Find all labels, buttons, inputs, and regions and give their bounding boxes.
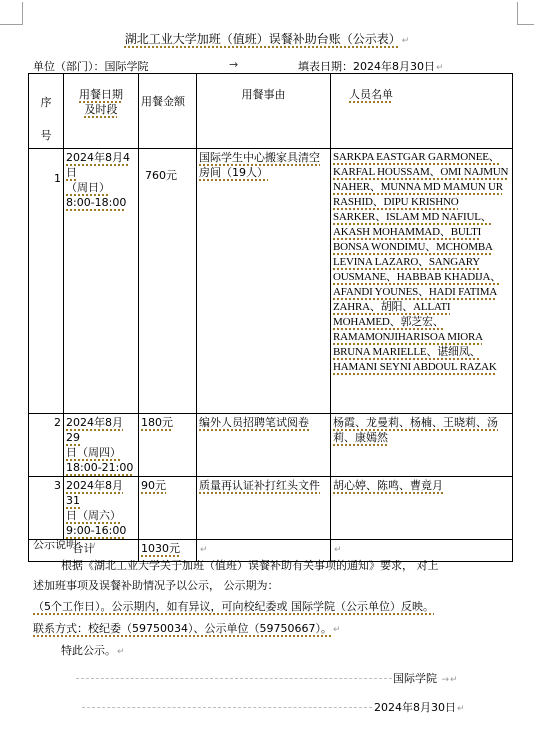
row-date-line2: （周日）	[66, 180, 136, 195]
row-reason: 质量再认证补打红头文件	[197, 477, 331, 540]
header-amount-text: 用餐金额	[141, 95, 185, 108]
paragraph-mark-icon: ↵	[117, 647, 125, 657]
notes-closing-text: 特此公示。	[61, 644, 116, 657]
header-amount: 用餐金额	[139, 74, 197, 149]
row-date-line2: 日（周四）	[66, 445, 136, 460]
notes-heading: 公示说明：↵	[33, 536, 483, 555]
table-row: 1 2024年8月4日 （周日） 8:00-18:00 760元 国际学生中心搬…	[29, 149, 513, 414]
row-people: SARKPA EASTGAR GARMONEE、KARFAL HOUSSAM、O…	[331, 149, 513, 414]
subsidy-table: 序 号 用餐日期 及时段 用餐金额 用餐事由 人员名单 1 2024年8月4日 …	[28, 73, 513, 562]
row-time: 18:00-21:00	[66, 460, 136, 475]
paragraph-mark-icon: ↵	[457, 704, 465, 714]
notes-paragraph-2: （5个工作日）。公示期内，如有异议，可向校纪委或 国际学院（公示单位）反映。	[33, 598, 483, 616]
notes-para2-text: （5个工作日）。公示期内，如有异议，可向校纪委或 国际学院（公示单位）反映。	[33, 600, 434, 613]
row-seq: 3	[29, 477, 64, 540]
notes-para1-line2: 述加班事项及误餐补助情况予以公示， 公示期为：	[33, 576, 483, 596]
row-people-text: 胡心婷、陈鸣、曹竟月	[333, 479, 443, 492]
signature-date-text: 2024年8月30日	[374, 701, 456, 714]
header-seq: 序 号	[29, 74, 64, 149]
row-date-line1: 2024年8月29	[66, 415, 136, 445]
row-time: 8:00-18:00	[66, 195, 136, 210]
row-reason-text: 编外人员招聘笔试阅卷	[199, 416, 309, 429]
header-reason: 用餐事由	[197, 74, 331, 149]
date-leader-line	[82, 707, 372, 708]
page-corner-mark-top-left	[0, 2, 23, 25]
paragraph-mark-icon: ↵	[450, 675, 458, 685]
signature-org: 国际学院 →↵	[393, 670, 458, 686]
paragraph-mark-icon: ↵	[402, 36, 410, 46]
row-people: 杨霞、龙曼莉、杨楠、王晓莉、汤莉、康嫣然	[331, 414, 513, 477]
notes-closing: 特此公示。↵	[33, 642, 483, 661]
page-corner-mark-top-right	[517, 2, 534, 25]
row-amount: 90元	[139, 477, 197, 540]
table-row: 3 2024年8月31 日（周六） 9:00-16:00 90元 质量再认证补打…	[29, 477, 513, 540]
row-people-text: 杨霞、龙曼莉、杨楠、王晓莉、汤莉、康嫣然	[333, 416, 498, 444]
notes-contact-text: 联系方式：校纪委（59750034）、公示单位（59750667）。	[33, 622, 332, 635]
row-amount: 760元	[139, 149, 197, 414]
notes-contact: 联系方式：校纪委（59750034）、公示单位（59750667）。↵	[33, 620, 483, 639]
table-header-row: 序 号 用餐日期 及时段 用餐金额 用餐事由 人员名单	[29, 74, 513, 149]
row-people-text: SARKPA EASTGAR GARMONEE、KARFAL HOUSSAM、O…	[333, 151, 508, 373]
row-date-line2: 日（周六）	[66, 508, 136, 523]
tab-arrow-icon: →	[229, 58, 238, 71]
row-reason-text: 质量再认证补打红头文件	[199, 479, 320, 492]
header-people-text: 人员名单	[349, 88, 393, 101]
row-amount-text: 90元	[141, 479, 166, 492]
row-date-line1: 2024年8月4日	[66, 150, 136, 180]
header-date: 用餐日期 及时段	[64, 74, 139, 149]
row-reason-text: 国际学生中心搬家具清空房间（19人）	[199, 151, 320, 179]
header-date-line2: 及时段	[66, 102, 136, 117]
row-date: 2024年8月29 日（周四） 18:00-21:00	[64, 414, 139, 477]
row-date: 2024年8月31 日（周六） 9:00-16:00	[64, 477, 139, 540]
paragraph-mark-icon: ↵	[333, 625, 341, 635]
header-reason-text: 用餐事由	[242, 88, 286, 101]
signature-org-text: 国际学院	[393, 672, 437, 685]
header-seq-bottom: 号	[31, 128, 61, 143]
header-seq-top: 序	[31, 95, 61, 110]
row-reason: 国际学生中心搬家具清空房间（19人）	[197, 149, 331, 414]
notes-paragraph-1: 根据《湖北工业大学关于加班（值班）误餐补助有关事项的通知》要求， 对上 述加班事…	[33, 556, 483, 596]
notes-para1-line1: 根据《湖北工业大学关于加班（值班）误餐补助有关事项的通知》要求， 对上	[33, 556, 483, 576]
tab-arrow-icon: →	[442, 675, 450, 685]
row-amount-text: 180元	[141, 416, 173, 429]
fill-date: 填表日期：2024年8月30日↵	[298, 58, 444, 74]
header-people: 人员名单	[331, 74, 513, 149]
unit-label: 单位（部门）：国际学院	[33, 60, 149, 73]
document-title: 湖北工业大学加班（值班）误餐补助台账（公示表）↵	[0, 30, 534, 47]
signature-date: 2024年8月30日↵	[374, 699, 465, 715]
unit-line: 单位（部门）：国际学院 → 填表日期：2024年8月30日↵	[33, 58, 513, 74]
fill-date-text: 填表日期：2024年8月30日	[298, 60, 435, 73]
header-date-line1: 用餐日期	[66, 87, 136, 102]
table-row: 2 2024年8月29 日（周四） 18:00-21:00 180元 编外人员招…	[29, 414, 513, 477]
row-date-line1: 2024年8月31	[66, 478, 136, 508]
row-seq: 2	[29, 414, 64, 477]
row-reason: 编外人员招聘笔试阅卷	[197, 414, 331, 477]
title-text: 湖北工业大学加班（值班）误餐补助台账（公示表）	[125, 32, 401, 46]
notes-heading-text: 公示说明：	[33, 538, 88, 551]
row-amount: 180元	[139, 414, 197, 477]
paragraph-mark-icon: ↵	[436, 63, 444, 73]
row-people: 胡心婷、陈鸣、曹竟月	[331, 477, 513, 540]
signature-leader-line	[76, 678, 392, 679]
row-seq: 1	[29, 149, 64, 414]
paragraph-mark-icon: ↵	[89, 541, 97, 551]
row-date: 2024年8月4日 （周日） 8:00-18:00	[64, 149, 139, 414]
